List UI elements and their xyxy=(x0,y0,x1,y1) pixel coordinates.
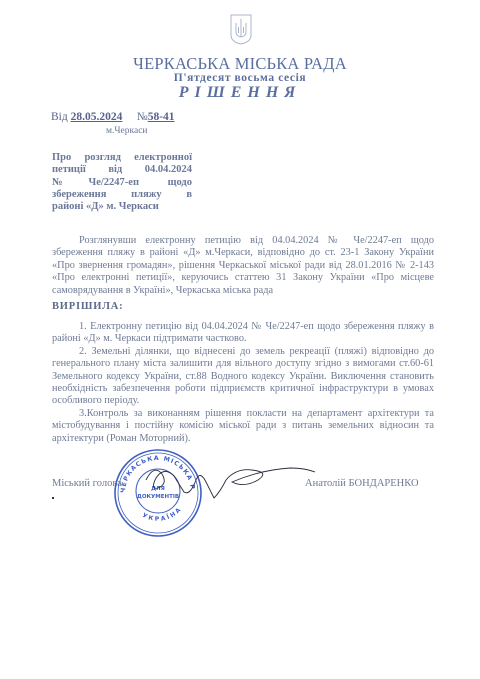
preamble-block: Розглянувши електронну петицію від 04.04… xyxy=(52,235,434,297)
city: м.Черкаси xyxy=(106,126,148,136)
council-name: ЧЕРКАСЬКА МІСЬКА РАДА xyxy=(0,54,480,74)
session-title: П'ятдесят восьма сесія xyxy=(0,72,480,84)
resolution-item-2: 2. Земельні ділянки, що віднесені до зем… xyxy=(52,346,434,408)
handwritten-signature xyxy=(140,462,315,507)
scan-speck xyxy=(52,497,54,499)
subject-line: №Че/2247-еп щодо xyxy=(52,177,192,189)
stamp-bottom-text: УКРАЇНА xyxy=(141,505,184,522)
resolved-heading: ВИРІШИЛА: xyxy=(52,301,123,312)
decision-number: 58-41 xyxy=(148,111,175,123)
decision-date: 28.05.2024 xyxy=(71,111,123,123)
subject-line: петиції від 04.04.2024 xyxy=(52,164,192,176)
resolution-item-3: 3.Контроль за виконанням рішення покласт… xyxy=(52,408,434,445)
document-page: ЧЕРКАСЬКА МІСЬКА РАДА П'ятдесят восьма с… xyxy=(0,0,480,679)
number-prefix: № xyxy=(137,111,148,123)
subject-line: районі «Д» м. Черкаси xyxy=(52,201,192,213)
subject-block: Про розгляд електронної петиції від 04.0… xyxy=(52,152,192,213)
signatory-name: Анатолій БОНДАРЕНКО xyxy=(305,478,419,489)
svg-text:УКРАЇНА: УКРАЇНА xyxy=(141,505,184,522)
signatory-position: Міський голова xyxy=(52,478,122,489)
subject-line: Про розгляд електронної xyxy=(52,152,192,164)
resolution-items: 1. Електронну петицію від 04.04.2024 № Ч… xyxy=(52,321,434,445)
trident-coat-of-arms-icon xyxy=(229,13,253,46)
preamble-text: Розглянувши електронну петицію від 04.04… xyxy=(52,235,434,297)
date-line: Від 28.05.2024 №58-41 xyxy=(51,111,175,123)
decision-title: РІШЕННЯ xyxy=(0,84,480,102)
subject-line: збереження пляжу в xyxy=(52,189,192,201)
resolution-item-1: 1. Електронну петицію від 04.04.2024 № Ч… xyxy=(52,321,434,346)
date-prefix: Від xyxy=(51,111,68,123)
